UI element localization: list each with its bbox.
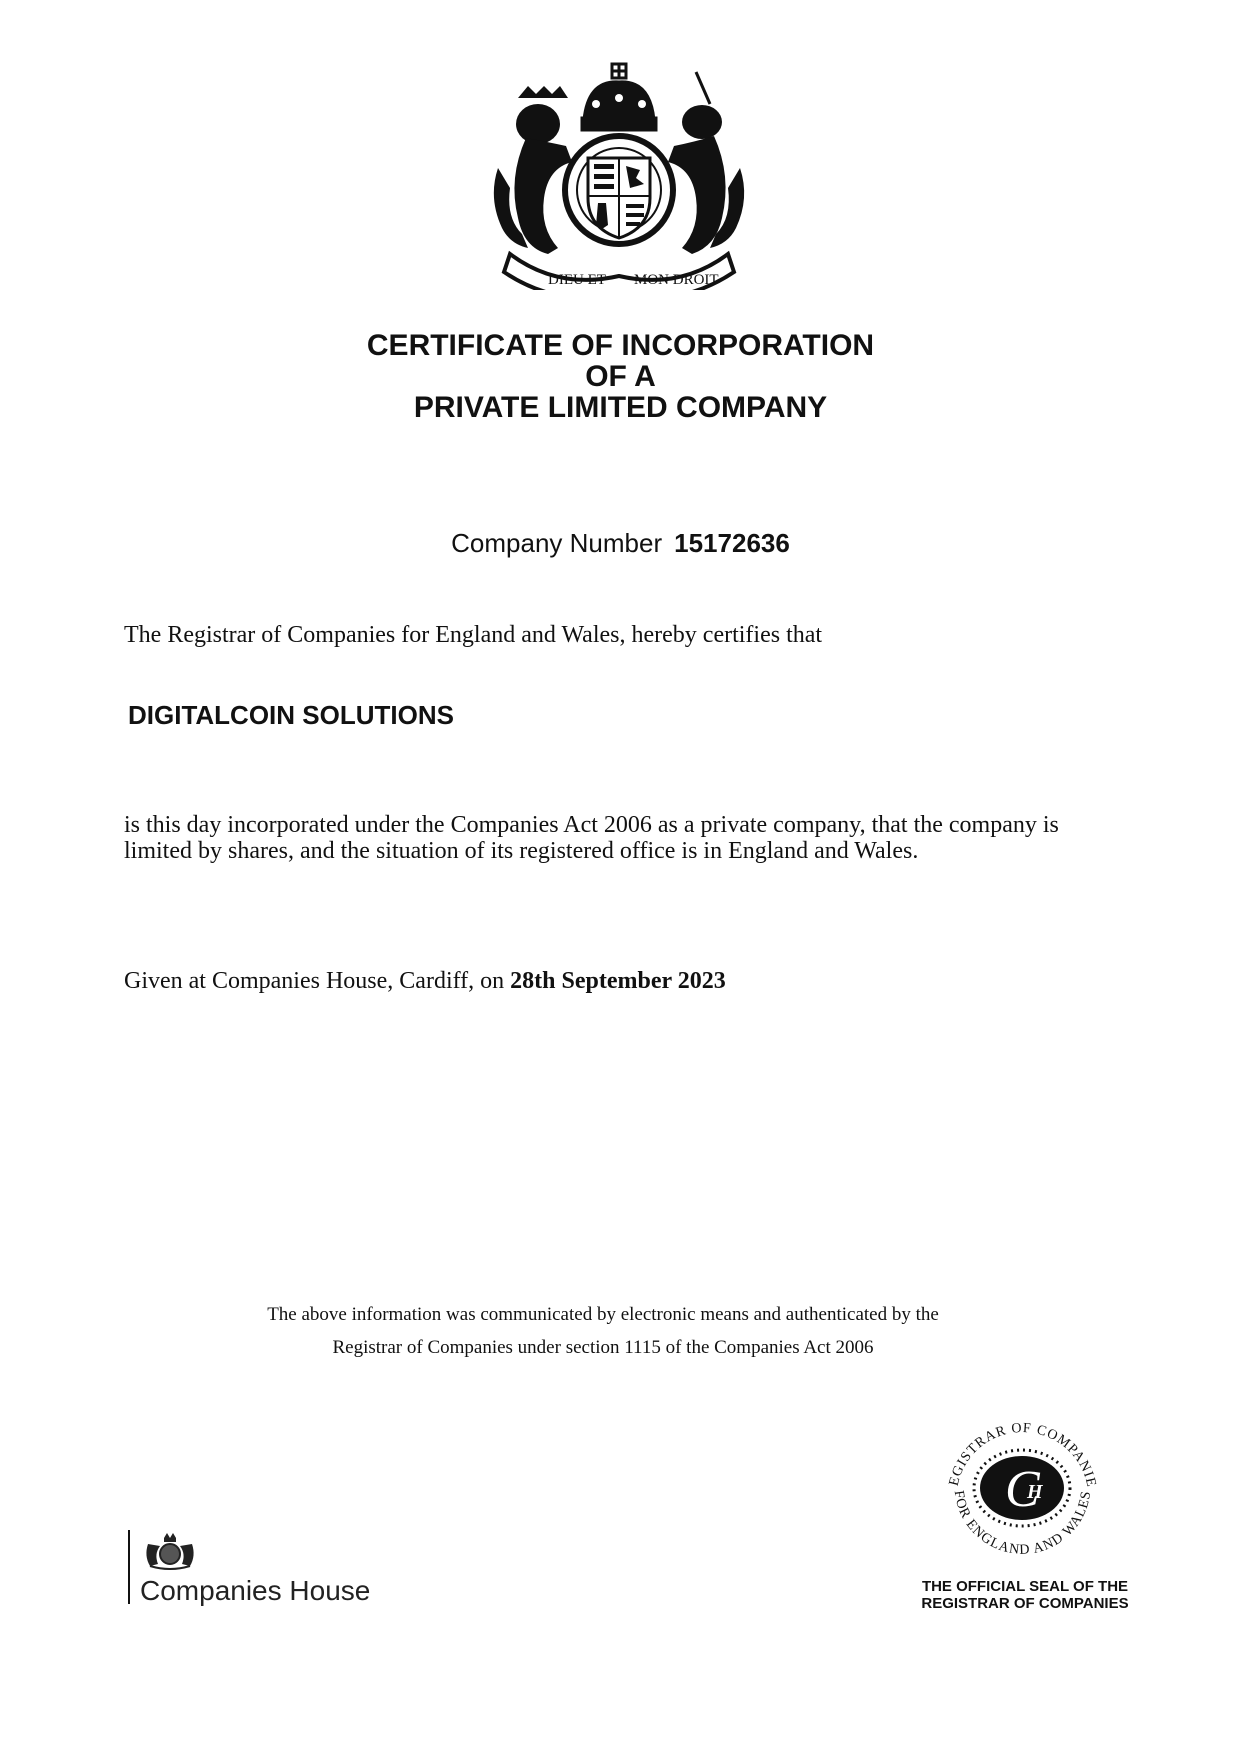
given-prefix: Given at Companies House, Cardiff, on [124, 968, 504, 994]
company-number-label: Company Number [451, 528, 662, 558]
authentication-note-line-2: Registrar of Companies under section 111… [0, 1331, 1206, 1364]
svg-text:H: H [1026, 1481, 1044, 1503]
title-line-3: PRIVATE LIMITED COMPANY [0, 392, 1241, 423]
incorporation-date: 28th September 2023 [510, 968, 726, 994]
royal-coat-of-arms-icon: DIEU ET MON DROIT [488, 58, 750, 290]
royal-crest-small-icon [142, 1532, 198, 1570]
company-number-value: 15172636 [674, 528, 790, 558]
seal-caption-line-1: THE OFFICIAL SEAL OF THE [880, 1578, 1170, 1595]
authentication-note-line-1: The above information was communicated b… [0, 1298, 1206, 1331]
title-line-1: CERTIFICATE OF INCORPORATION [0, 330, 1241, 361]
certificate-title: CERTIFICATE OF INCORPORATION OF A PRIVAT… [0, 330, 1241, 423]
seal-caption-line-2: REGISTRAR OF COMPANIES [880, 1595, 1170, 1612]
official-seal-icon: REGISTRAR OF COMPANIES FOR ENGLAND AND W… [935, 1398, 1110, 1573]
svg-text:MON DROIT: MON DROIT [634, 272, 719, 288]
companies-house-label: Companies House [140, 1575, 370, 1607]
company-name: DIGITALCOIN SOLUTIONS [128, 700, 454, 731]
incorporation-statement: is this day incorporated under the Compa… [124, 812, 1104, 864]
seal-caption: THE OFFICIAL SEAL OF THE REGISTRAR OF CO… [880, 1578, 1170, 1612]
title-line-2: OF A [0, 361, 1241, 392]
registrar-statement: The Registrar of Companies for England a… [124, 622, 822, 649]
svg-text:DIEU ET: DIEU ET [548, 272, 606, 288]
given-at-line: Given at Companies House, Cardiff, on 28… [124, 968, 726, 995]
authentication-note: The above information was communicated b… [0, 1298, 1206, 1364]
company-number-row: Company Number15172636 [0, 528, 1241, 559]
logo-divider-bar [128, 1530, 130, 1604]
